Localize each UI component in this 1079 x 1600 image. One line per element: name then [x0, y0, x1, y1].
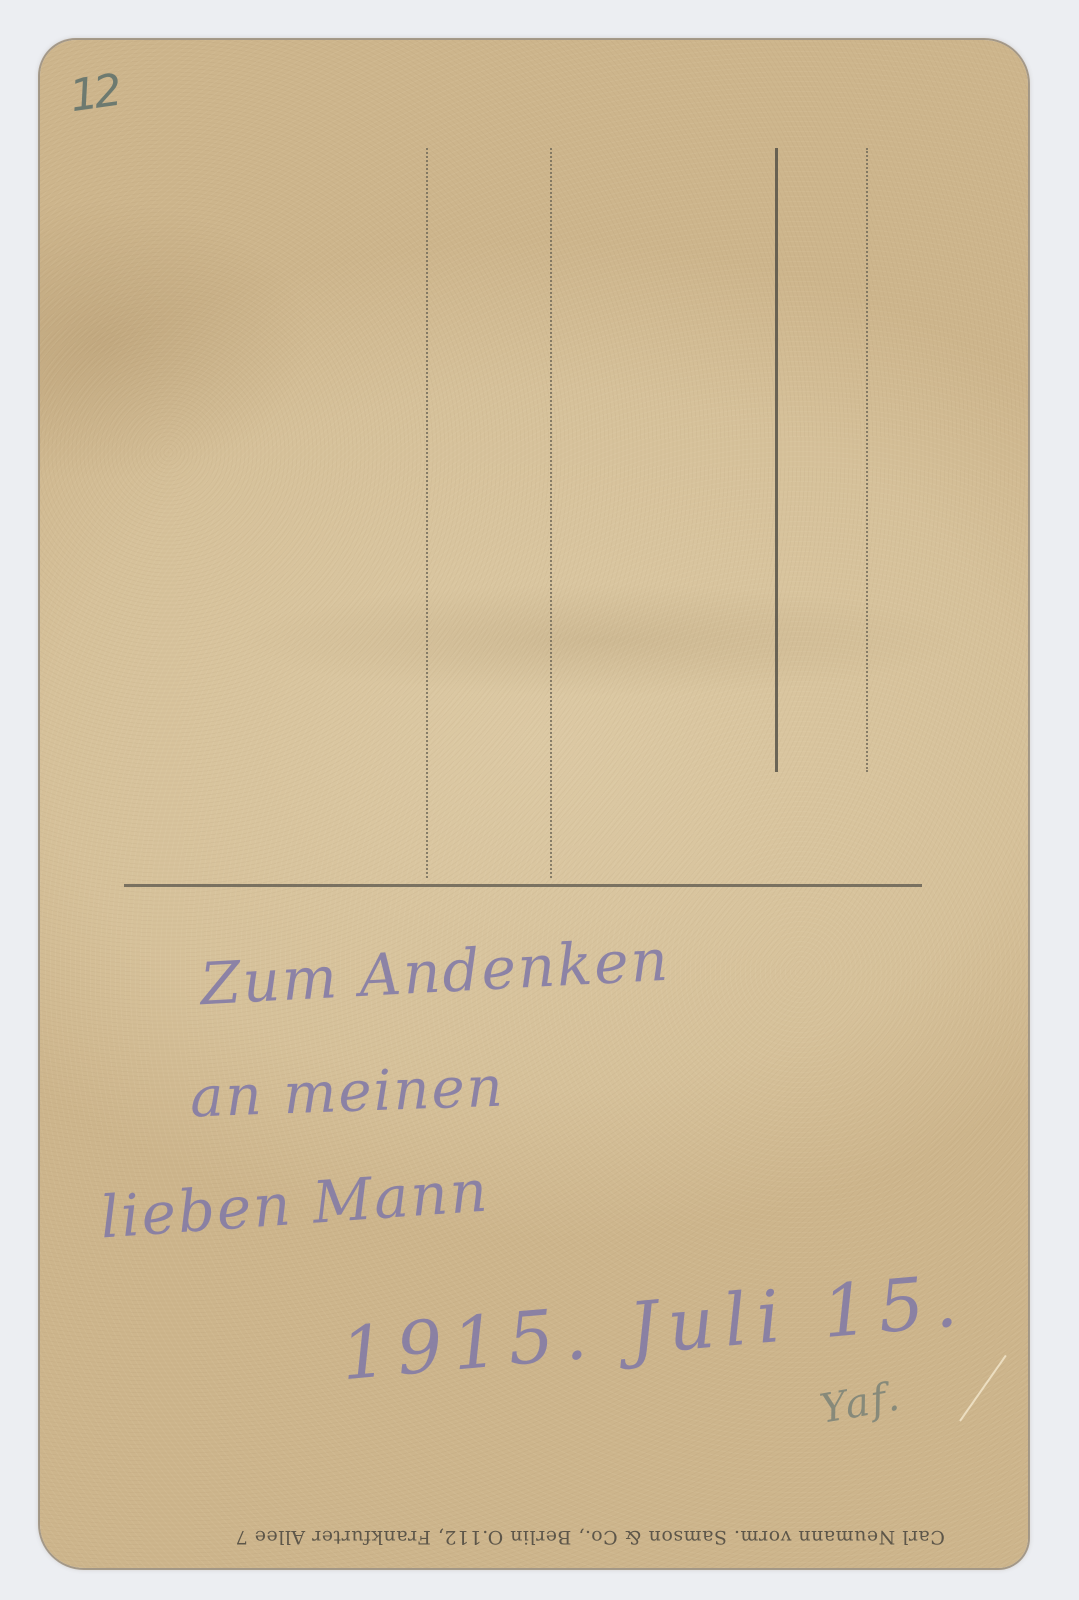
divider-line [124, 884, 922, 887]
handwritten-date: 1915. Juli 15. [338, 1258, 971, 1396]
handwritten-line-3: lieben Mann [98, 1157, 491, 1252]
postcard: 12 Zum Andenken an meinen lieben Mann 19… [40, 40, 1028, 1568]
address-line-2 [550, 148, 552, 878]
handwritten-line-2: an meinen [189, 1055, 506, 1131]
catalog-number: 12 [67, 65, 122, 122]
scan-background: 12 Zum Andenken an meinen lieben Mann 19… [0, 0, 1079, 1600]
stamp-box-line-right [866, 148, 868, 772]
handwritten-line-1: Zum Andenken [199, 926, 672, 1019]
address-line-1 [426, 148, 428, 878]
publisher-imprint: Carl Neumann vorm. Samson & Co., Berlin … [150, 1526, 1028, 1548]
paper-crease [959, 1355, 1007, 1422]
handwritten-signature: Yaf. [817, 1373, 905, 1432]
stamp-box-line-left [775, 148, 778, 772]
